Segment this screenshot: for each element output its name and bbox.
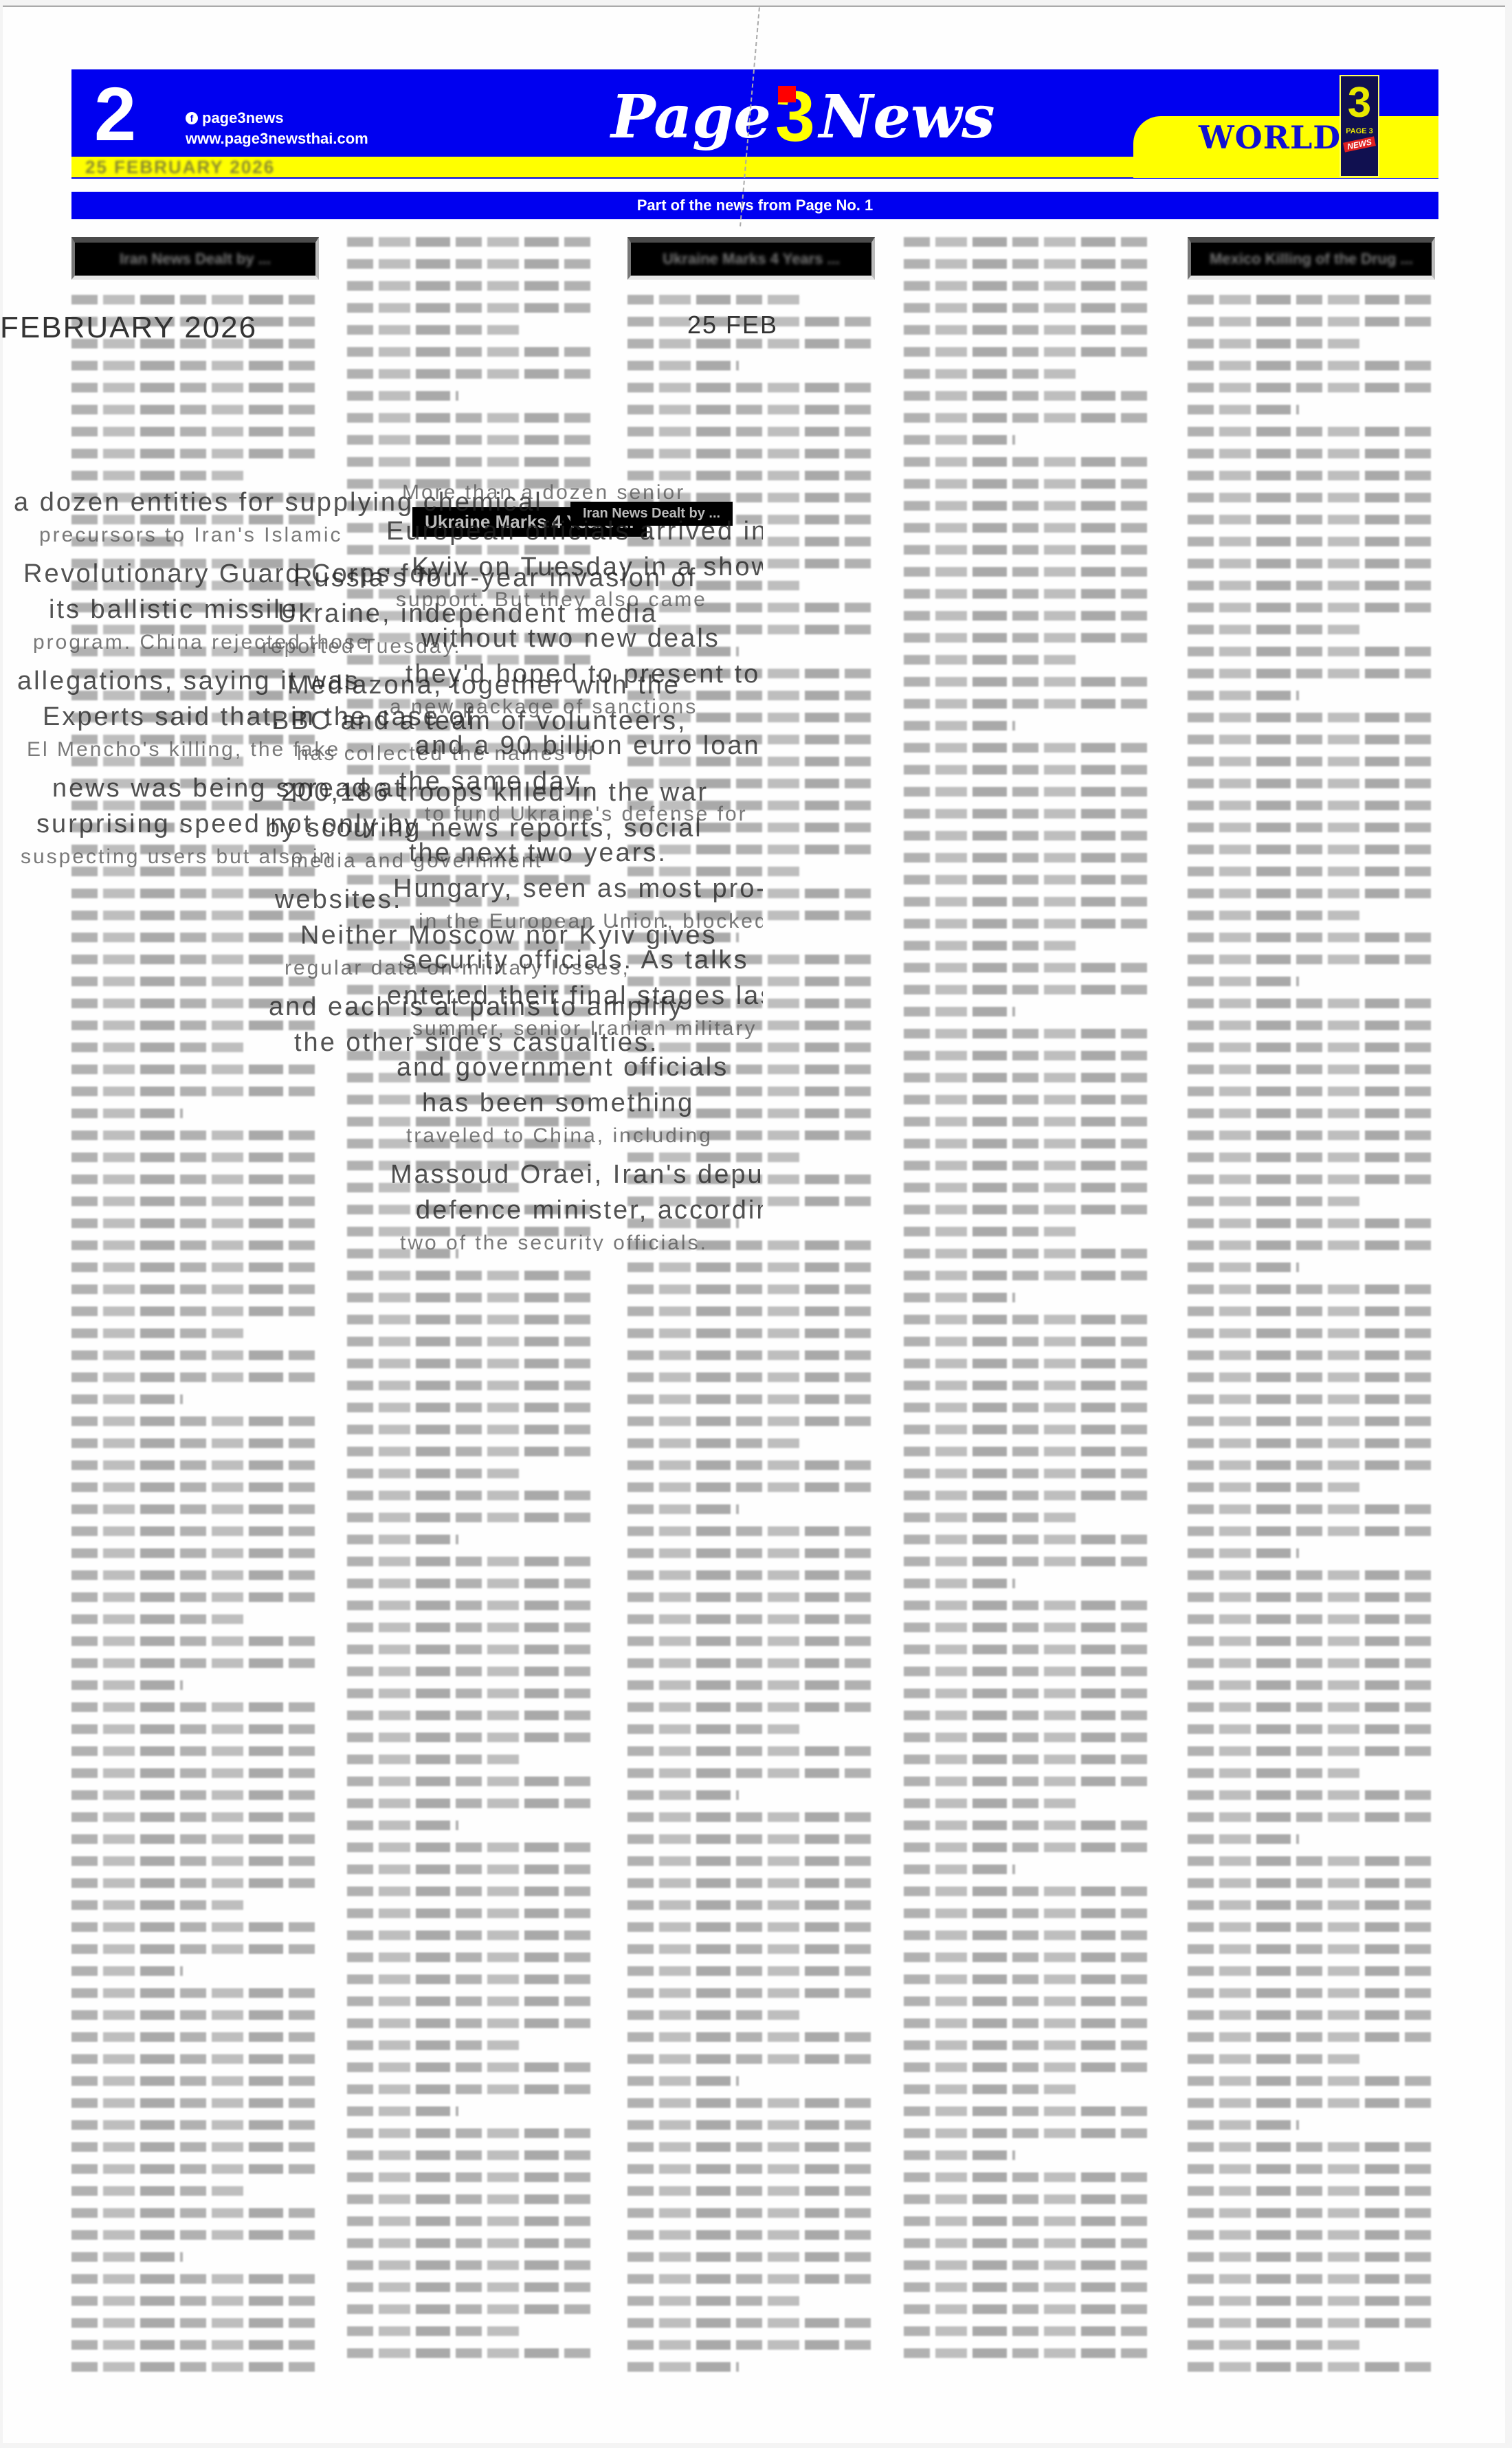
text-line xyxy=(904,1293,1015,1302)
text-line xyxy=(347,1733,594,1742)
badge-label: PAGE 3 xyxy=(1341,127,1378,135)
text-line xyxy=(904,1909,1151,1918)
text-line xyxy=(71,1460,319,1470)
text-line xyxy=(627,1724,801,1734)
text-line xyxy=(1188,1790,1435,1800)
text-line xyxy=(904,1667,1151,1676)
text-line xyxy=(347,457,594,467)
text-line xyxy=(904,633,1151,643)
section-title: WORLD xyxy=(1199,119,1341,156)
text-line xyxy=(627,1175,875,1184)
text-line xyxy=(904,699,1151,709)
text-line xyxy=(347,237,594,247)
text-line xyxy=(347,281,594,291)
article-body xyxy=(627,295,875,2372)
text-line xyxy=(71,1109,183,1118)
text-line xyxy=(1188,1636,1435,1646)
text-line xyxy=(1188,295,1435,304)
text-line xyxy=(904,2062,1151,2072)
text-line xyxy=(1188,1900,1435,1910)
text-line xyxy=(347,1711,594,1720)
text-line xyxy=(904,1359,1151,1368)
facebook-icon: f xyxy=(186,112,198,124)
text-line xyxy=(1188,1724,1435,1734)
text-line xyxy=(71,867,319,876)
text-line xyxy=(347,391,458,401)
text-line xyxy=(71,1812,319,1822)
text-line xyxy=(904,1513,1077,1522)
text-line xyxy=(347,1843,594,1852)
text-line xyxy=(71,2010,319,2020)
page-number: 2 xyxy=(94,74,136,156)
text-line xyxy=(347,1821,458,1830)
text-line xyxy=(627,1021,875,1030)
text-line xyxy=(627,2252,875,2262)
text-line xyxy=(347,2018,594,2028)
text-line xyxy=(904,1381,1151,1390)
text-line xyxy=(71,1834,319,1844)
text-line xyxy=(627,1548,875,1558)
text-line xyxy=(71,1065,319,1074)
article-body xyxy=(347,237,594,2358)
text-line xyxy=(627,1658,875,1668)
text-line xyxy=(904,2084,1077,2094)
article-body xyxy=(904,237,1151,2358)
text-line xyxy=(71,2362,319,2372)
text-line xyxy=(1188,801,1435,810)
text-line xyxy=(71,361,319,370)
text-line xyxy=(1188,2032,1435,2042)
text-line xyxy=(347,2304,594,2314)
text-line xyxy=(347,1909,594,1918)
article-body xyxy=(71,295,319,2372)
text-line xyxy=(904,2238,1151,2248)
text-line xyxy=(904,677,1151,687)
text-line xyxy=(904,765,1151,775)
text-line xyxy=(1188,955,1435,964)
text-line xyxy=(1188,427,1435,436)
text-line xyxy=(1188,515,1435,524)
text-line xyxy=(71,1438,319,1448)
text-line xyxy=(1188,1966,1435,1976)
text-line xyxy=(71,2054,319,2064)
text-line xyxy=(347,765,594,775)
text-line xyxy=(904,2106,1151,2116)
text-line xyxy=(904,2150,1015,2160)
text-line xyxy=(904,611,1151,621)
text-line xyxy=(71,1153,319,1162)
text-line xyxy=(347,1491,594,1500)
text-line xyxy=(904,479,1151,489)
text-line xyxy=(71,691,319,700)
text-line xyxy=(71,1592,319,1602)
text-line xyxy=(71,2208,319,2218)
text-line xyxy=(904,1601,1151,1610)
text-line xyxy=(627,1900,875,1910)
text-line xyxy=(71,1350,319,1360)
text-line xyxy=(627,2274,875,2284)
text-line xyxy=(904,1711,1151,1720)
article-heading: Ukraine Marks 4 Years ... xyxy=(627,237,875,280)
text-line xyxy=(347,1667,594,1676)
badge-number: 3 xyxy=(1341,79,1378,127)
text-line xyxy=(347,1095,594,1104)
text-line xyxy=(904,2216,1151,2226)
text-line xyxy=(904,897,1151,906)
text-line xyxy=(904,435,1015,445)
text-line xyxy=(71,1768,319,1778)
text-line xyxy=(71,779,319,788)
text-line xyxy=(904,2326,1151,2336)
text-line xyxy=(904,1645,1151,1654)
text-line xyxy=(904,1051,1151,1060)
text-line xyxy=(71,1043,245,1052)
text-line xyxy=(71,1240,319,1250)
text-line xyxy=(904,1205,1151,1214)
text-line xyxy=(627,1768,875,1778)
text-line xyxy=(347,325,520,335)
text-line xyxy=(347,369,594,379)
text-line xyxy=(627,1856,875,1866)
text-line xyxy=(71,669,319,678)
text-line xyxy=(71,1790,319,1800)
text-line xyxy=(71,911,319,920)
text-line xyxy=(1188,317,1435,326)
text-line xyxy=(1188,845,1435,854)
text-line xyxy=(71,1372,319,1382)
text-line xyxy=(904,2260,1151,2270)
article-column-5: Mexico Killing of the Drug ... xyxy=(1188,237,1435,2384)
text-line xyxy=(627,471,875,480)
text-line xyxy=(904,259,1151,269)
text-line xyxy=(71,1570,319,1580)
text-line xyxy=(904,1227,1077,1236)
text-line xyxy=(71,515,319,524)
text-line xyxy=(1188,1065,1435,1074)
text-line xyxy=(1188,339,1361,348)
text-line xyxy=(904,413,1151,423)
text-line xyxy=(347,1161,594,1170)
text-line xyxy=(627,1262,875,1272)
text-line xyxy=(627,2362,739,2372)
social-links: fpage3news www.page3newsthai.com xyxy=(186,108,368,149)
text-line xyxy=(627,1482,875,1492)
text-line xyxy=(347,303,594,313)
text-line xyxy=(627,537,875,546)
text-line xyxy=(904,831,1151,841)
text-line xyxy=(347,1271,594,1280)
page3-badge-logo: 3 PAGE 3 NEWS xyxy=(1339,75,1379,177)
text-line xyxy=(347,1952,594,1962)
text-line xyxy=(1188,1548,1299,1558)
text-line xyxy=(904,2194,1151,2204)
text-line xyxy=(1188,823,1435,832)
text-line xyxy=(347,2106,458,2116)
article-heading: Mexico Killing of the Drug ... xyxy=(1188,237,1435,280)
text-line xyxy=(347,1557,594,1566)
text-line xyxy=(347,633,594,643)
text-line xyxy=(347,523,594,533)
text-line xyxy=(627,911,875,920)
text-line xyxy=(71,2098,319,2108)
text-line xyxy=(904,1095,1151,1104)
text-line xyxy=(71,1482,319,1492)
text-line xyxy=(347,2128,594,2138)
text-line xyxy=(904,1557,1151,1566)
text-line xyxy=(71,1526,319,1536)
text-line xyxy=(1188,757,1435,766)
text-line xyxy=(627,867,801,876)
text-line xyxy=(347,1227,594,1236)
text-line xyxy=(71,1966,183,1976)
text-line xyxy=(904,2040,1151,2050)
text-line xyxy=(627,1131,875,1140)
text-line xyxy=(1188,779,1435,788)
text-line xyxy=(1188,2208,1435,2218)
text-line xyxy=(1188,1460,1435,1470)
text-line xyxy=(347,1029,594,1038)
text-line xyxy=(904,1996,1151,2006)
text-line xyxy=(71,2252,183,2262)
text-line xyxy=(627,1350,875,1360)
text-line xyxy=(71,1131,319,1140)
text-line xyxy=(627,2230,875,2240)
text-line xyxy=(627,1109,875,1118)
text-line xyxy=(904,853,1151,863)
text-line xyxy=(627,1394,875,1404)
text-line xyxy=(627,2186,875,2196)
text-line xyxy=(71,2032,319,2042)
text-line xyxy=(347,809,594,819)
text-line xyxy=(904,1623,1151,1632)
text-line xyxy=(1188,1043,1435,1052)
text-line xyxy=(347,1469,520,1478)
text-line xyxy=(347,1513,594,1522)
text-line xyxy=(627,427,875,436)
text-line xyxy=(71,295,319,304)
text-line xyxy=(347,963,458,972)
text-line xyxy=(904,391,1151,401)
text-line xyxy=(627,1834,875,1844)
issue-date: 25 FEBRUARY 2026 xyxy=(85,157,275,177)
text-line xyxy=(347,1315,594,1324)
text-line xyxy=(627,845,875,854)
text-line xyxy=(71,1219,319,1228)
text-line xyxy=(904,1447,1151,1456)
text-line xyxy=(347,1996,594,2006)
text-line xyxy=(71,955,319,964)
logo-number: 3 xyxy=(775,76,815,158)
text-line xyxy=(904,501,1151,511)
text-line xyxy=(627,1460,875,1470)
article-column-4 xyxy=(904,237,1151,2370)
text-line xyxy=(627,1219,739,1228)
text-line xyxy=(71,1394,183,1404)
text-line xyxy=(904,2304,1151,2314)
text-line xyxy=(347,2216,594,2226)
text-line xyxy=(347,611,520,621)
text-line xyxy=(71,2076,319,2086)
text-line xyxy=(904,1403,1151,1412)
text-line xyxy=(904,1689,1151,1698)
text-line xyxy=(1188,889,1435,898)
text-line xyxy=(347,699,594,709)
text-line xyxy=(347,2062,594,2072)
text-line xyxy=(904,237,1151,247)
text-line xyxy=(347,1051,594,1060)
text-line xyxy=(1188,1702,1435,1712)
text-line xyxy=(627,1570,875,1580)
text-line xyxy=(71,603,319,612)
text-line xyxy=(627,2142,875,2152)
text-line xyxy=(1188,2230,1435,2240)
text-line xyxy=(1188,977,1299,986)
text-line xyxy=(627,1922,875,1932)
text-line xyxy=(347,1755,520,1764)
text-line xyxy=(904,1183,1151,1192)
text-line xyxy=(347,743,594,753)
text-line xyxy=(71,801,319,810)
text-line xyxy=(1188,2120,1299,2130)
text-line xyxy=(71,1504,319,1514)
text-line xyxy=(904,1821,1151,1830)
text-line xyxy=(627,735,875,744)
text-line xyxy=(347,787,594,797)
text-line xyxy=(627,2120,875,2130)
text-line xyxy=(71,1856,319,1866)
text-line xyxy=(71,1658,319,1668)
text-line xyxy=(1188,999,1435,1008)
text-line xyxy=(71,1087,319,1096)
text-line xyxy=(627,581,801,590)
text-line xyxy=(1188,603,1435,612)
text-line xyxy=(347,567,594,577)
text-line xyxy=(1188,1109,1435,1118)
text-line xyxy=(1188,1570,1435,1580)
text-line xyxy=(1188,2186,1435,2196)
text-line xyxy=(904,2348,1151,2358)
text-line xyxy=(627,1306,875,1316)
text-line xyxy=(71,471,245,480)
text-line xyxy=(627,1438,801,1448)
text-line xyxy=(1188,1240,1435,1250)
text-line xyxy=(904,985,1151,994)
stray-date-fragment: FEBRUARY 2026 xyxy=(0,311,257,345)
text-line xyxy=(627,691,875,700)
article-column-1: Iran News Dealt by ... xyxy=(71,237,319,2384)
text-line xyxy=(627,1944,875,1954)
text-line xyxy=(627,1284,875,1294)
text-line xyxy=(1188,2076,1435,2086)
text-line xyxy=(347,1073,594,1082)
text-line xyxy=(71,537,183,546)
text-line xyxy=(904,545,1151,555)
text-line xyxy=(1188,1350,1435,1360)
text-line xyxy=(627,933,739,942)
text-line xyxy=(71,2318,319,2328)
text-line xyxy=(904,1952,1151,1962)
text-line xyxy=(627,1966,875,1976)
stray-date-fragment: 25 FEB xyxy=(687,311,778,340)
facebook-handle[interactable]: page3news xyxy=(202,109,284,126)
text-line xyxy=(627,449,875,458)
text-line xyxy=(71,2164,319,2174)
text-line xyxy=(904,721,1015,731)
text-line xyxy=(71,559,319,568)
text-line xyxy=(347,435,594,445)
text-line xyxy=(904,1249,1151,1258)
text-line xyxy=(1188,1658,1435,1668)
text-line xyxy=(71,1724,319,1734)
text-line xyxy=(347,853,594,863)
text-line xyxy=(904,347,1151,357)
text-line xyxy=(627,1592,875,1602)
text-line xyxy=(347,1403,594,1412)
text-line xyxy=(347,1930,594,1940)
text-line xyxy=(904,1865,1015,1874)
text-line xyxy=(1188,1087,1435,1096)
text-line xyxy=(627,2208,875,2218)
text-line xyxy=(904,281,1151,291)
text-line xyxy=(1188,1394,1435,1404)
text-line xyxy=(1188,1592,1435,1602)
text-line xyxy=(1188,493,1435,502)
text-line xyxy=(627,2054,875,2064)
article-heading: Iran News Dealt by ... xyxy=(71,237,319,280)
text-line xyxy=(347,1205,594,1214)
text-line xyxy=(904,919,1151,928)
text-line xyxy=(1188,1306,1435,1316)
text-line xyxy=(347,1447,594,1456)
text-line xyxy=(1188,1988,1435,1998)
text-line xyxy=(1188,1680,1435,1690)
text-line xyxy=(904,1843,1151,1852)
text-line xyxy=(627,603,875,612)
text-line xyxy=(71,581,319,590)
text-line xyxy=(347,479,594,489)
text-line xyxy=(71,999,319,1008)
text-line xyxy=(1188,405,1299,414)
text-line xyxy=(347,2348,594,2358)
text-line xyxy=(347,897,520,906)
text-line xyxy=(627,801,875,810)
text-line xyxy=(1188,2054,1361,2064)
text-line xyxy=(627,1153,801,1162)
text-line xyxy=(904,1777,1151,1786)
article-column-3: Ukraine Marks 4 Years ... xyxy=(627,237,875,2384)
website-link[interactable]: www.page3newsthai.com xyxy=(186,129,368,149)
text-line xyxy=(71,1284,319,1294)
text-line xyxy=(627,493,875,502)
text-line xyxy=(347,2040,520,2050)
text-line xyxy=(347,1865,594,1874)
text-line xyxy=(904,1271,1151,1280)
text-line xyxy=(1188,647,1435,656)
text-line xyxy=(627,1614,875,1624)
text-line xyxy=(627,339,875,348)
text-line xyxy=(1188,2296,1435,2306)
text-line xyxy=(347,1117,594,1126)
text-line xyxy=(1188,1153,1435,1162)
text-line xyxy=(1188,2252,1435,2262)
text-line xyxy=(347,2084,594,2094)
text-line xyxy=(71,823,183,832)
text-line xyxy=(71,1988,319,1998)
text-line xyxy=(71,1702,319,1712)
text-line xyxy=(71,449,319,458)
text-line xyxy=(627,1043,875,1052)
text-line xyxy=(71,1328,245,1338)
